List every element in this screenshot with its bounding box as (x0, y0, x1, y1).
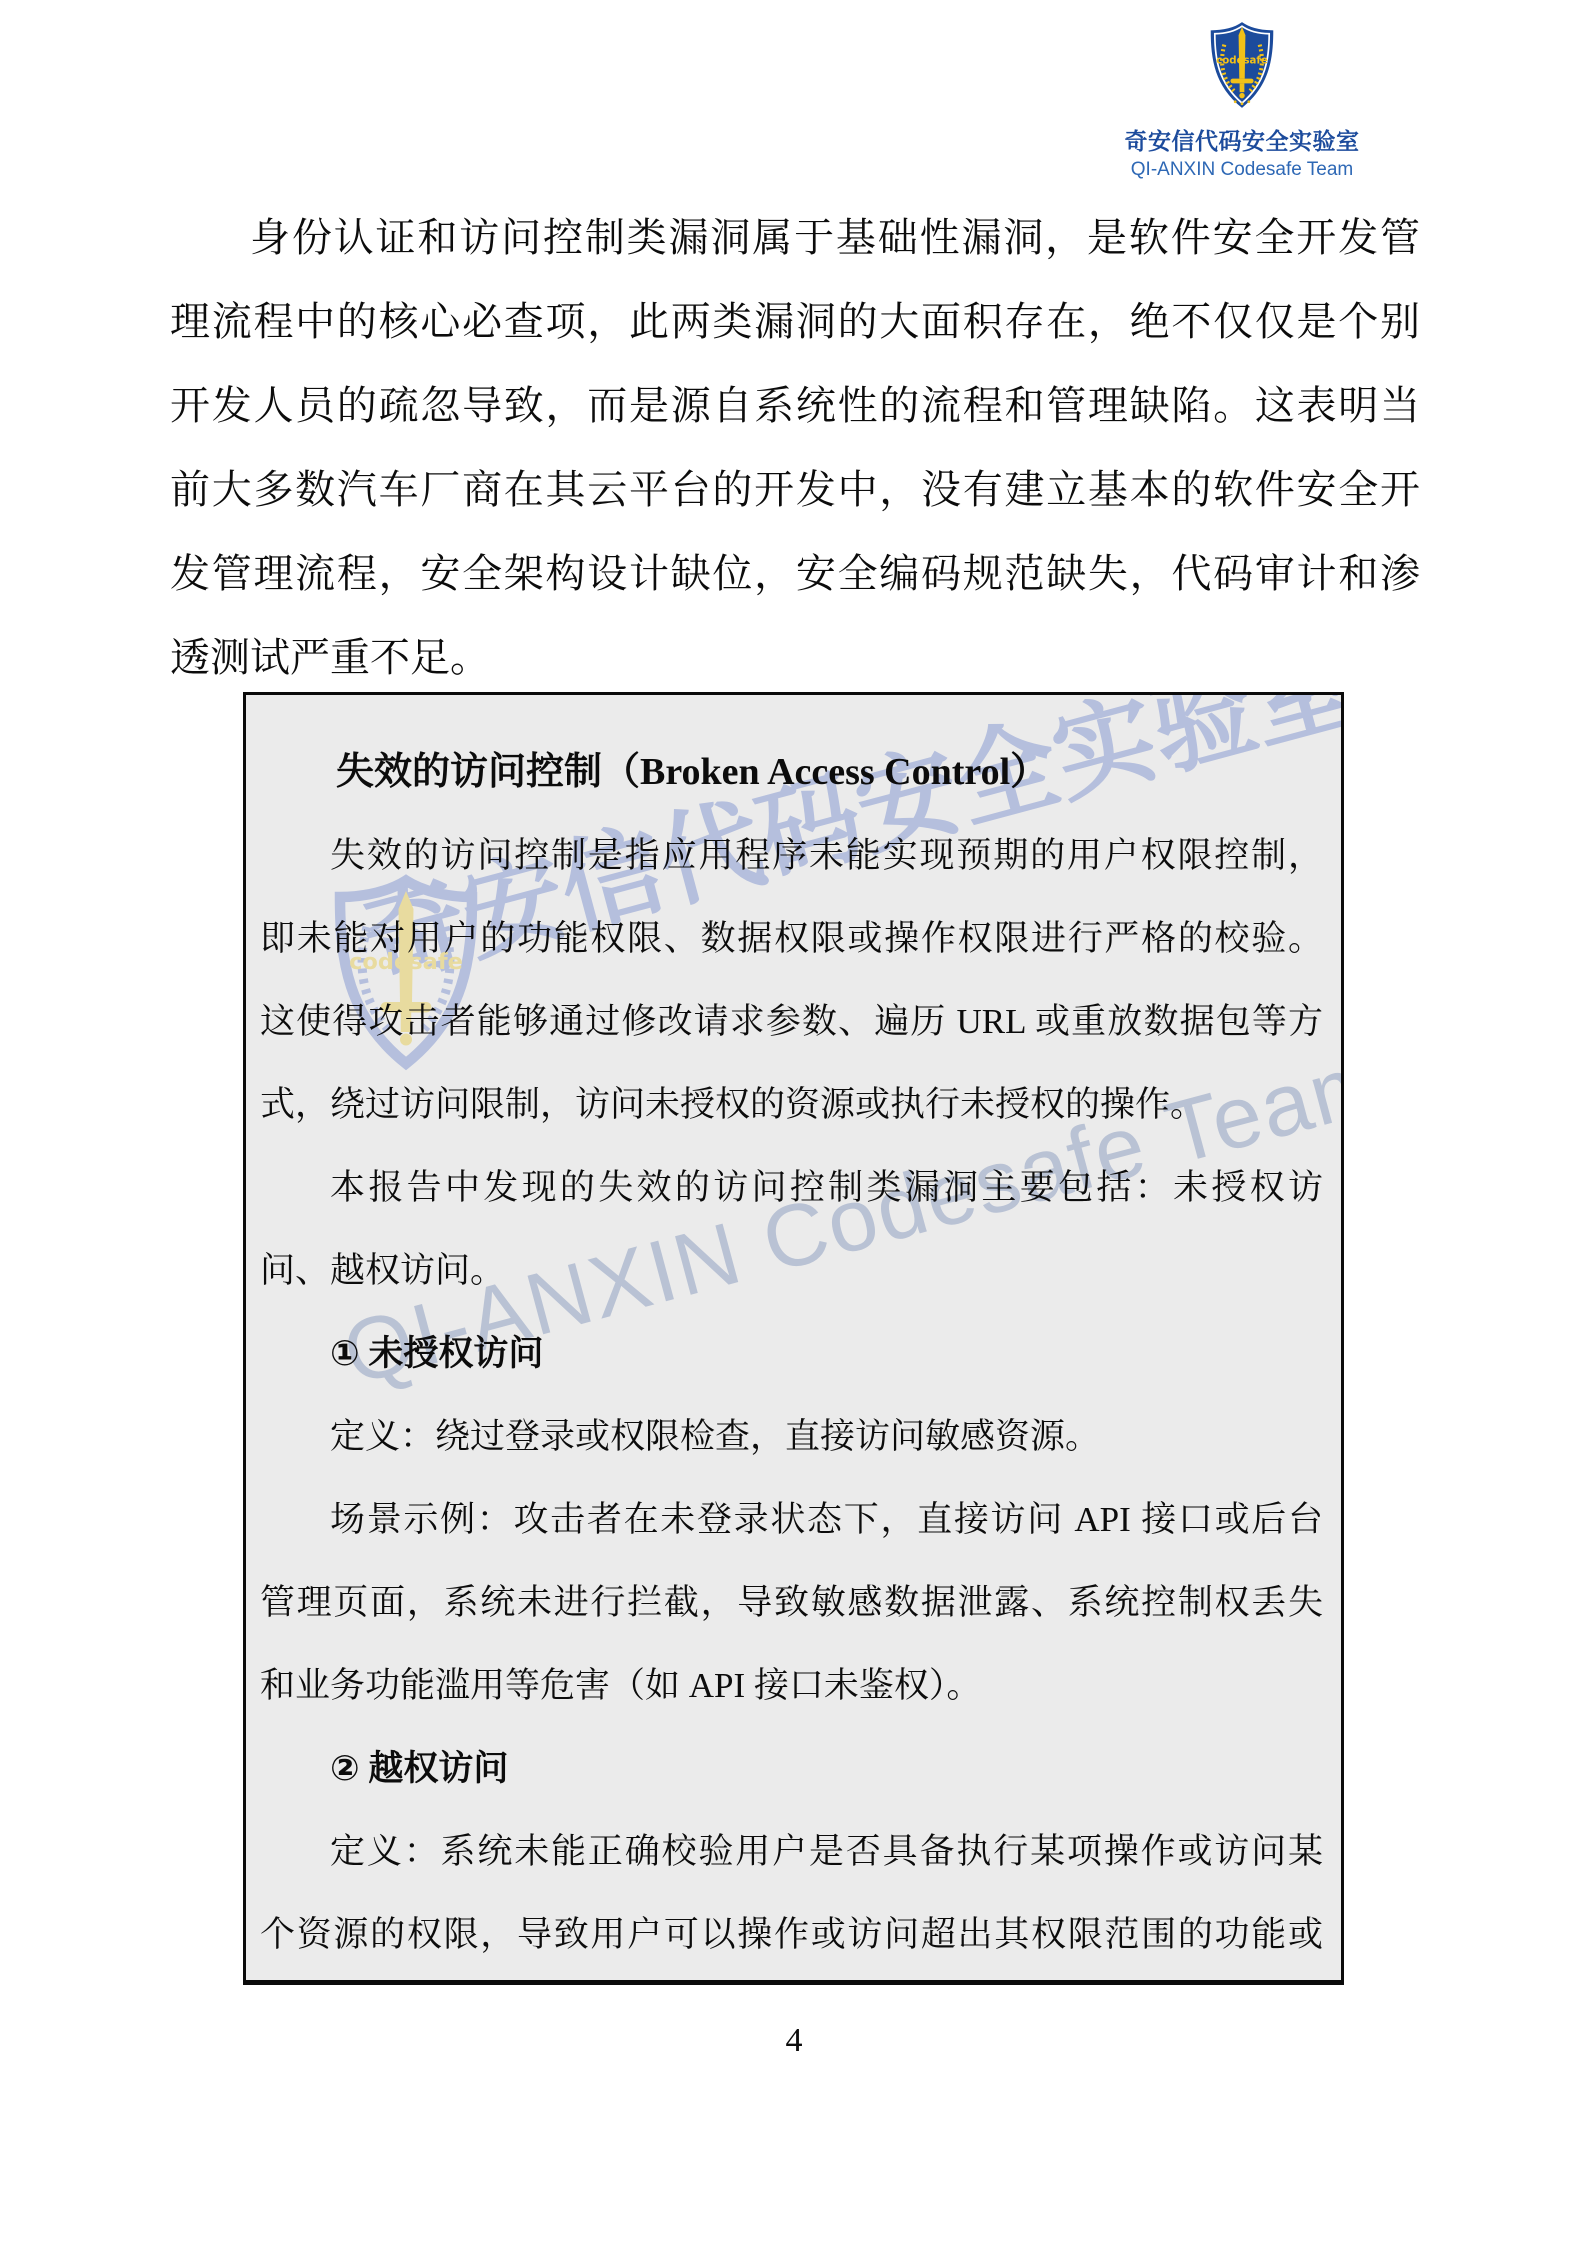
text-line: 定义：系统未能正确校验用户是否具备执行某项操作或访问某 (260, 1810, 1323, 1893)
text-line: 理流程中的核心必查项，此两类漏洞的大面积存在，绝不仅仅是个别 (170, 280, 1420, 364)
text-line: 个资源的权限，导致用户可以操作或访问超出其权限范围的功能或 (260, 1893, 1323, 1976)
broken-access-control-box: 奇安信代码安全实验室 QI-ANXIN Codesafe Team codesa… (243, 692, 1344, 1985)
text-line: 和业务功能滥用等危害（如 API 接口未鉴权）。 (260, 1644, 1323, 1727)
text-line: 失效的访问控制是指应用程序未能实现预期的用户权限控制， (260, 814, 1323, 897)
text-line: 管理页面，系统未进行拦截，导致敏感数据泄露、系统控制权丢失 (260, 1561, 1323, 1644)
brand-name-cn: 奇安信代码安全实验室 (1092, 123, 1392, 156)
document-page: codesafe 奇安信代码安全实验室 QI-ANXIN Codesafe Te… (0, 0, 1588, 2245)
intro-paragraph: 身份认证和访问控制类漏洞属于基础性漏洞，是软件安全开发管理流程中的核心必查项，此… (170, 196, 1420, 700)
text-line: 即未能对用户的功能权限、数据权限或操作权限进行严格的校验。 (260, 897, 1323, 980)
text-line: 问、越权访问。 (260, 1229, 1323, 1312)
page-number: 4 (0, 2022, 1588, 2060)
text-line: 开发人员的疏忽导致，而是源自系统性的流程和管理缺陷。这表明当 (170, 364, 1420, 448)
text-line: 失效的访问控制（Broken Access Control） (260, 731, 1323, 814)
text-line: 本报告中发现的失效的访问控制类漏洞主要包括：未授权访 (260, 1146, 1323, 1229)
box-text: 失效的访问控制（Broken Access Control）失效的访问控制是指应… (246, 695, 1341, 1976)
header-brand: codesafe 奇安信代码安全实验室 QI-ANXIN Codesafe Te… (1092, 18, 1392, 181)
logo-codesafe-text: codesafe (1216, 56, 1268, 67)
text-line: 透测试严重不足。 (170, 616, 1420, 700)
text-line: ① 未授权访问 (260, 1312, 1323, 1395)
brand-name-en: QI-ANXIN Codesafe Team (1092, 159, 1392, 181)
text-line: 身份认证和访问控制类漏洞属于基础性漏洞，是软件安全开发管 (170, 196, 1420, 280)
text-line: 发管理流程，安全架构设计缺位，安全编码规范缺失，代码审计和渗 (170, 532, 1420, 616)
text-line: 前大多数汽车厂商在其云平台的开发中，没有建立基本的软件安全开 (170, 448, 1420, 532)
codesafe-shield-logo: codesafe (1208, 18, 1276, 112)
text-line: 这使得攻击者能够通过修改请求参数、遍历 URL 或重放数据包等方 (260, 980, 1323, 1063)
text-line: 式，绕过访问限制，访问未授权的资源或执行未授权的操作。 (260, 1063, 1323, 1146)
text-line: ② 越权访问 (260, 1727, 1323, 1810)
text-line: 定义：绕过登录或权限检查，直接访问敏感资源。 (260, 1395, 1323, 1478)
text-line: 场景示例：攻击者在未登录状态下，直接访问 API 接口或后台 (260, 1478, 1323, 1561)
